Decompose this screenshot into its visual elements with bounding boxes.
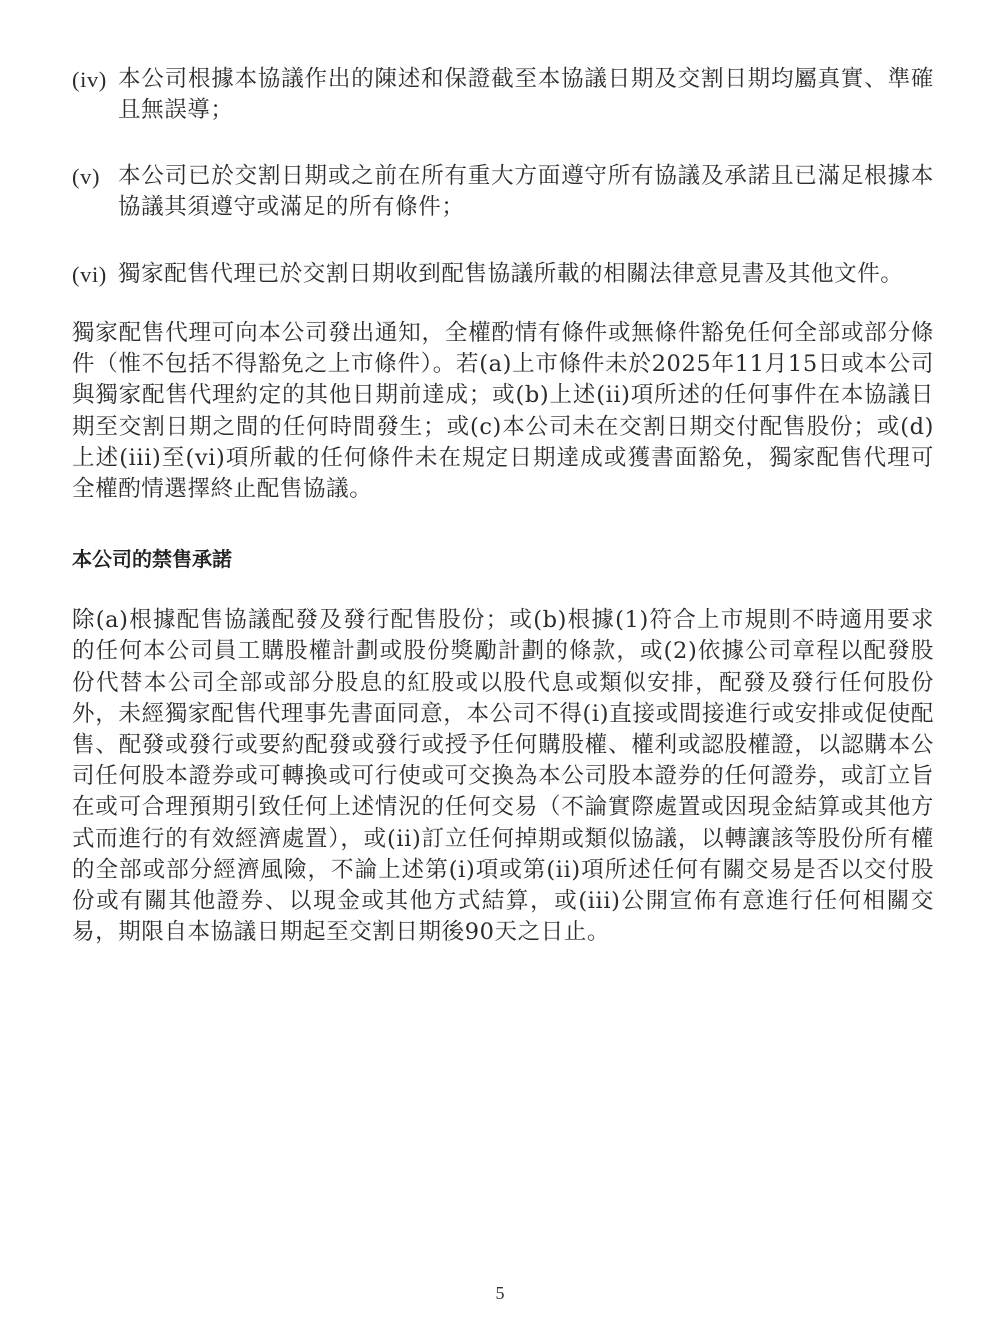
condition-marker: (v) (72, 161, 118, 223)
condition-text: 獨家配售代理已於交割日期收到配售協議所載的相關法律意見書及其他文件。 (118, 259, 934, 290)
condition-text: 本公司根據本協議作出的陳述和保證截至本協議日期及交割日期均屬真實、準確且無誤導； (118, 64, 934, 126)
condition-item-iv: (iv) 本公司根據本協議作出的陳述和保證截至本協議日期及交割日期均屬真實、準確… (72, 64, 934, 126)
section-heading: 本公司的禁售承諾 (72, 545, 934, 573)
condition-marker: (vi) (72, 259, 118, 290)
condition-item-v: (v) 本公司已於交割日期或之前在所有重大方面遵守所有協議及承諾且已滿足根據本協… (72, 161, 934, 223)
condition-item-vi: (vi) 獨家配售代理已於交割日期收到配售協議所載的相關法律意見書及其他文件。 (72, 259, 934, 290)
lockup-paragraph: 除(a)根據配售協議配發及發行配售股份；或(b)根據(1)符合上市規則不時適用要… (72, 605, 934, 948)
page-number: 5 (0, 1283, 1000, 1304)
waiver-paragraph: 獨家配售代理可向本公司發出通知，全權酌情有條件或無條件豁免任何全部或部分條件（惟… (72, 318, 934, 505)
condition-text: 本公司已於交割日期或之前在所有重大方面遵守所有協議及承諾且已滿足根據本協議其須遵… (118, 161, 934, 223)
document-page: (iv) 本公司根據本協議作出的陳述和保證截至本協議日期及交割日期均屬真實、準確… (72, 64, 934, 948)
condition-marker: (iv) (72, 64, 118, 126)
